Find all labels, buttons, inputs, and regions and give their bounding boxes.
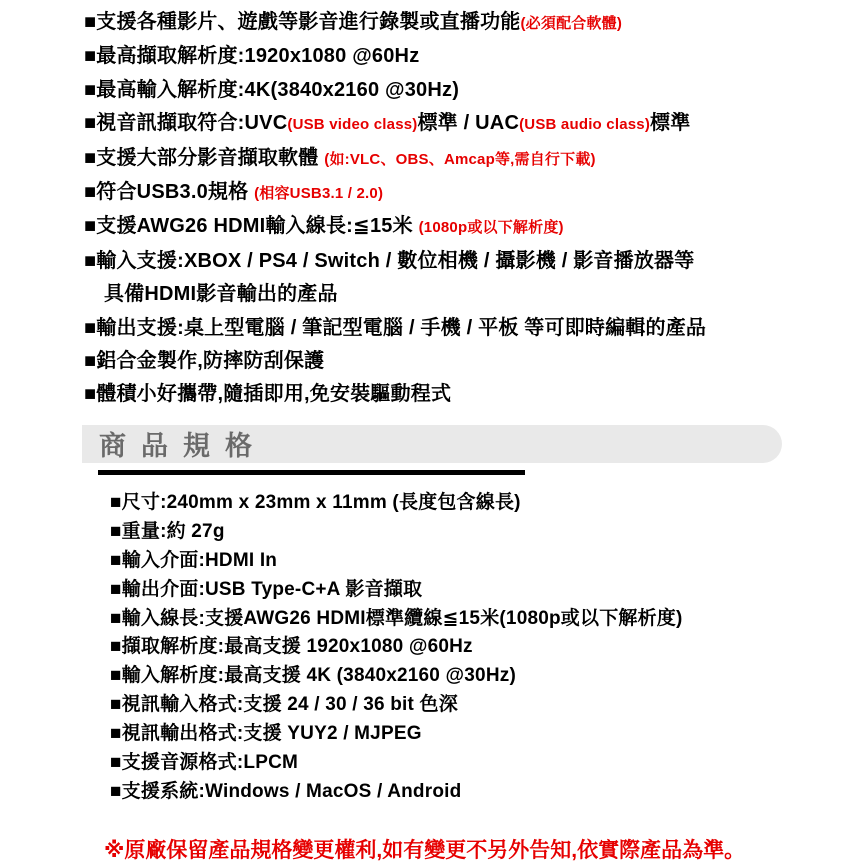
spec-item: ■支援音源格式:LPCM [110,749,862,778]
feature-note-segment: (如:VLC、OBS、Amcap等,需自行下載) [324,151,595,168]
feature-text-segment: ■輸入支援:XBOX / PS4 / Switch / 數位相機 / 攝影機 /… [84,250,694,272]
feature-note-segment: (必須配合軟體) [520,15,622,32]
spec-item: ■視訊輸出格式:支援 YUY2 / MJPEG [110,720,862,749]
feature-item: ■支援大部分影音擷取軟體 (如:VLC、OBS、Amcap等,需自行下載) [84,142,862,176]
feature-text-segment: ■符合USB3.0規格 [84,181,254,203]
feature-text-segment: ■體積小好攜帶,隨插即用,免安裝驅動程式 [84,383,451,405]
disclaimer-text: ※原廠保留產品規格變更權利,如有變更不另外告知,依實際產品為準。 [104,834,862,862]
feature-text-segment: ■支援AWG26 HDMI輸入線長:≦15米 [84,215,419,237]
feature-item: ■支援AWG26 HDMI輸入線長:≦15米 (1080p或以下解析度) [84,210,862,244]
feature-list: ■支援各種影片、遊戲等影音進行錄製或直播功能(必須配合軟體)■最高擷取解析度:1… [0,0,862,412]
section-header-bar: 商品規格 [82,425,782,463]
spec-item: ■輸出介面:USB Type-C+A 影音擷取 [110,576,862,605]
product-spec-page: ■支援各種影片、遊戲等影音進行錄製或直播功能(必須配合軟體)■最高擷取解析度:1… [0,0,862,862]
feature-note-segment: (USB video class) [287,116,417,133]
feature-text-segment: ■支援大部分影音擷取軟體 [84,147,324,169]
feature-item: ■輸入支援:XBOX / PS4 / Switch / 數位相機 / 攝影機 /… [84,245,862,278]
feature-text-segment: ■輸出支援:桌上型電腦 / 筆記型電腦 / 手機 / 平板 等可即時編輯的產品 [84,317,706,339]
feature-item: ■體積小好攜帶,隨插即用,免安裝驅動程式 [84,378,862,411]
feature-text-segment: 標準 [650,112,690,134]
feature-item: ■符合USB3.0規格 (相容USB3.1 / 2.0) [84,176,862,210]
feature-text-segment: 具備HDMI影音輸出的產品 [104,283,338,305]
spec-list: ■尺寸:240mm x 23mm x 11mm (長度包含線長)■重量:約 27… [0,475,862,807]
feature-note-segment: (USB audio class) [519,116,650,133]
feature-item: 具備HDMI影音輸出的產品 [84,278,862,311]
feature-text-segment: 標準 / UAC [417,112,519,134]
feature-text-segment: ■最高輸入解析度:4K(3840x2160 @30Hz) [84,79,459,101]
feature-item: ■最高輸入解析度:4K(3840x2160 @30Hz) [84,74,862,107]
spec-item: ■輸入介面:HDMI In [110,547,862,576]
feature-text-segment: ■支援各種影片、遊戲等影音進行錄製或直播功能 [84,11,520,33]
spec-item: ■擷取解析度:最高支援 1920x1080 @60Hz [110,633,862,662]
feature-item: ■視音訊擷取符合:UVC(USB video class)標準 / UAC(US… [84,107,862,141]
feature-note-segment: (相容USB3.1 / 2.0) [254,185,383,202]
spec-item: ■尺寸:240mm x 23mm x 11mm (長度包含線長) [110,489,862,518]
feature-text-segment: ■視音訊擷取符合:UVC [84,112,287,134]
feature-item: ■支援各種影片、遊戲等影音進行錄製或直播功能(必須配合軟體) [84,6,862,40]
spec-item: ■輸入解析度:最高支援 4K (3840x2160 @30Hz) [110,662,862,691]
spec-item: ■支援系統:Windows / MacOS / Android [110,778,862,807]
feature-note-segment: (1080p或以下解析度) [419,219,564,236]
feature-text-segment: ■鋁合金製作,防摔防刮保護 [84,350,324,372]
feature-item: ■鋁合金製作,防摔防刮保護 [84,345,862,378]
spec-item: ■視訊輸入格式:支援 24 / 30 / 36 bit 色深 [110,691,862,720]
section-title: 商品規格 [82,424,267,463]
feature-item: ■輸出支援:桌上型電腦 / 筆記型電腦 / 手機 / 平板 等可即時編輯的產品 [84,312,862,345]
feature-text-segment: ■最高擷取解析度:1920x1080 @60Hz [84,45,419,67]
spec-item: ■重量:約 27g [110,518,862,547]
feature-item: ■最高擷取解析度:1920x1080 @60Hz [84,40,862,73]
spec-item: ■輸入線長:支援AWG26 HDMI標準纜線≦15米(1080p或以下解析度) [110,605,862,634]
